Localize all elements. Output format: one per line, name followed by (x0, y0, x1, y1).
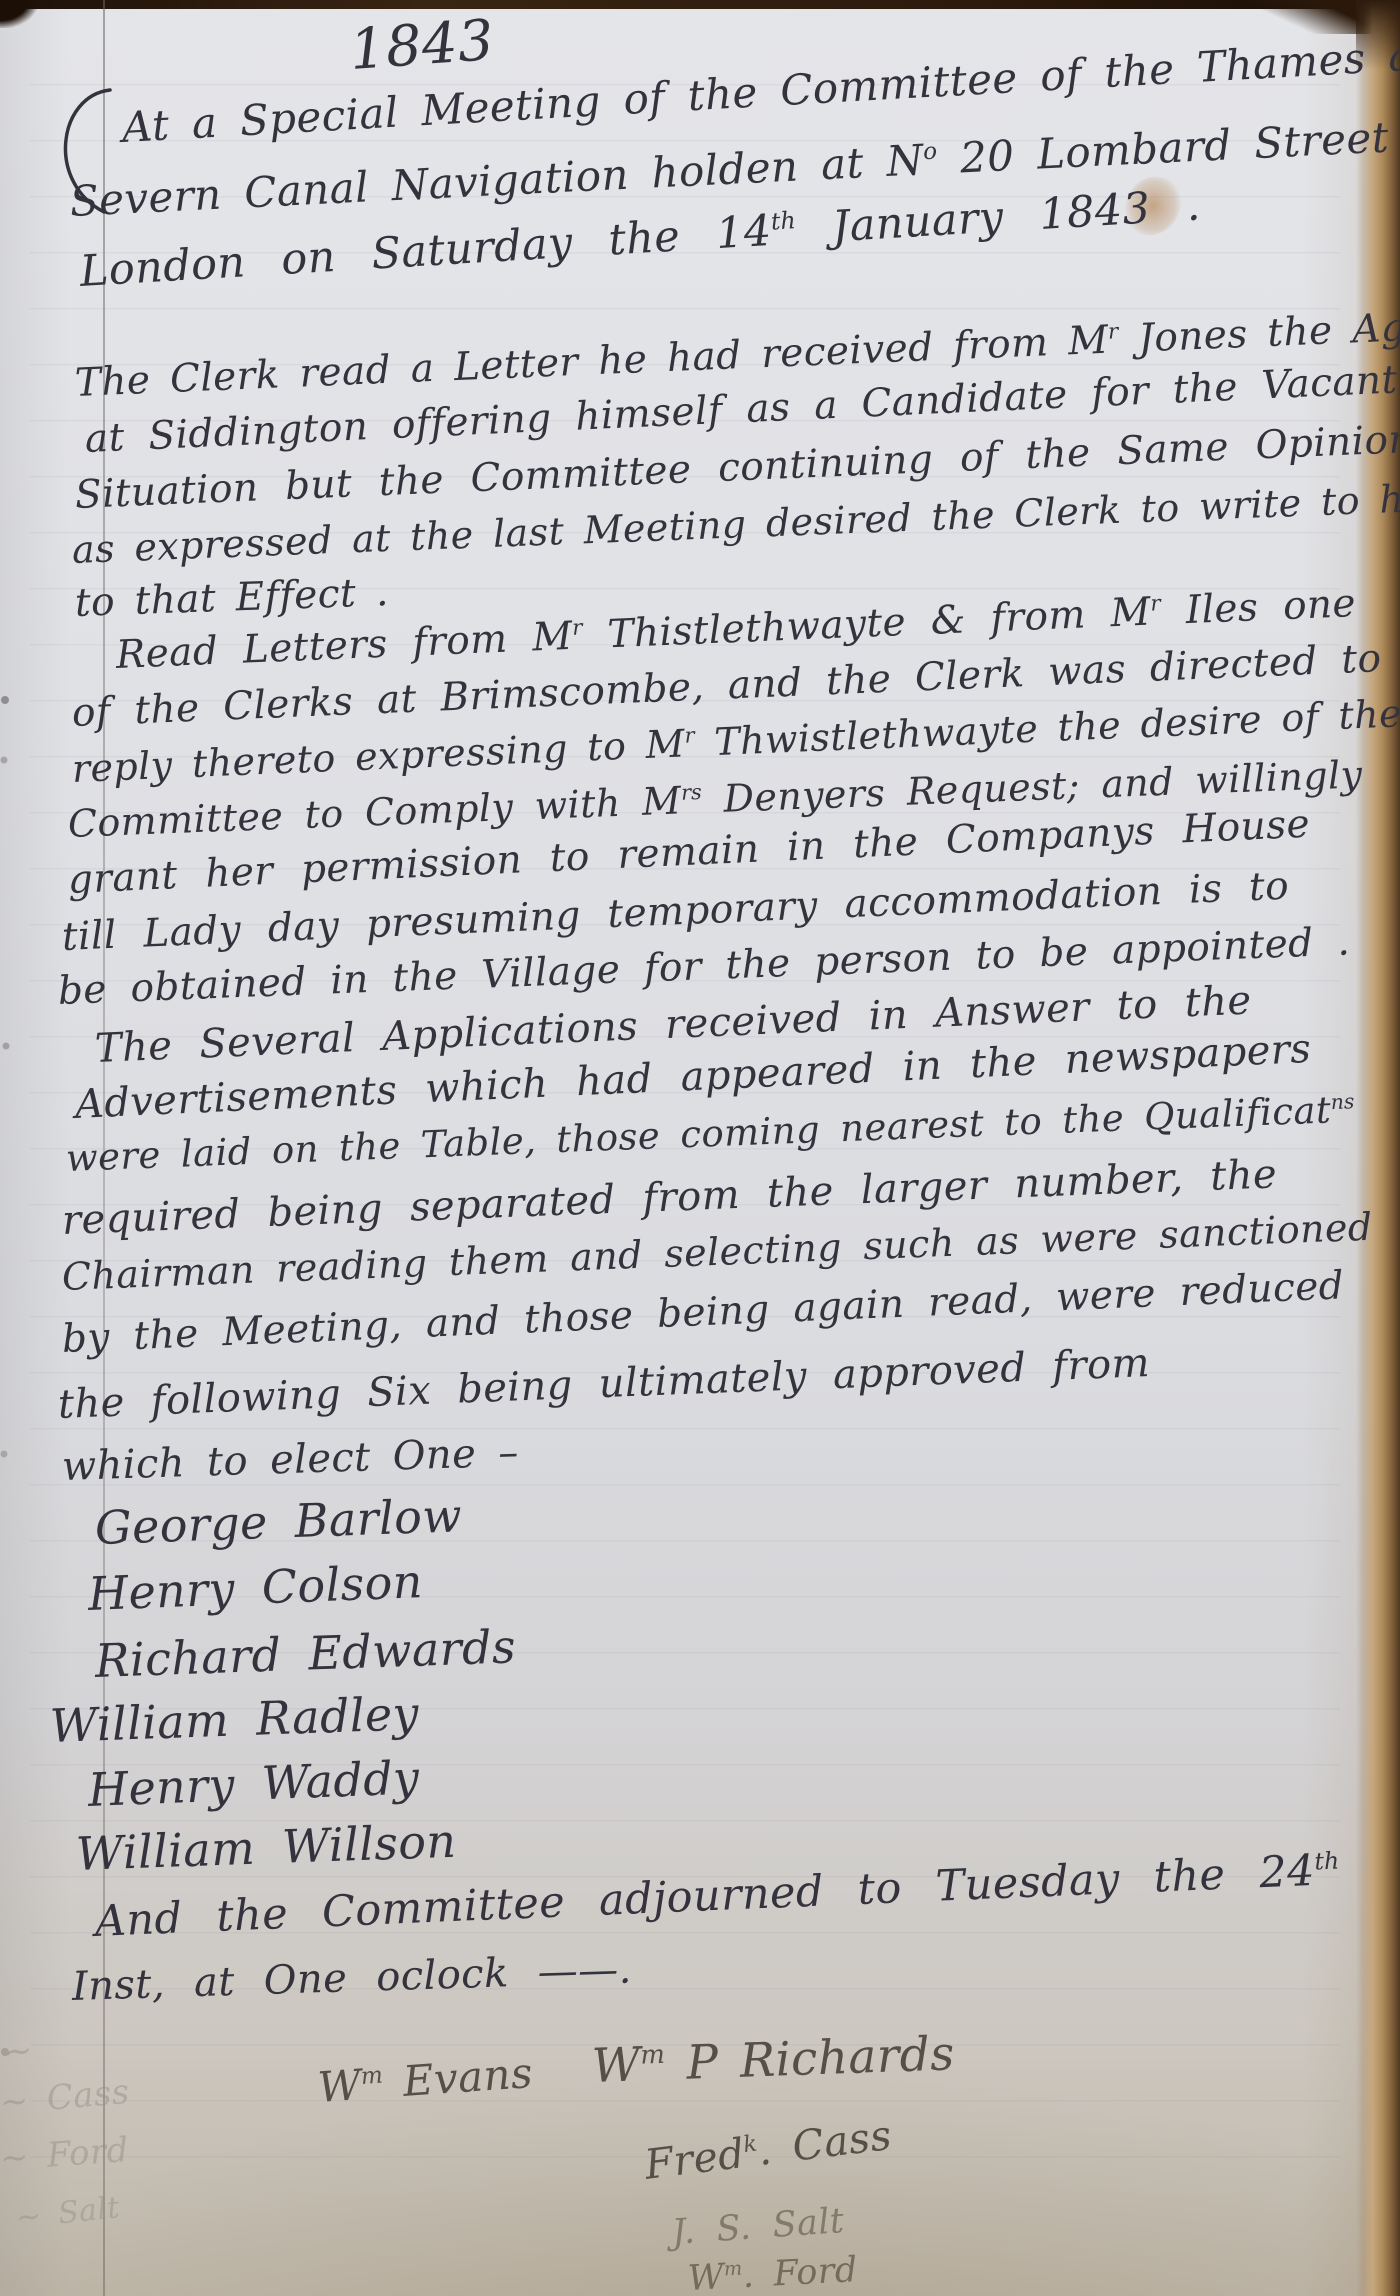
signature: Fredk. Cass (642, 2110, 895, 2191)
binding-corner-top-left (0, 0, 38, 28)
manuscript-page: 1843 At a Special Meeting of the Committ… (0, 0, 1400, 2296)
candidate-name: Henry Colson (87, 1553, 424, 1623)
candidate-name: William Willson (75, 1813, 457, 1884)
signature: Wm Evans (316, 2047, 534, 2114)
book-binding-top-edge (0, 0, 1400, 9)
faint-offset-mark: ~ (2, 2029, 35, 2074)
year-heading: 1843 (348, 6, 497, 86)
manuscript-line: which to elect One – (61, 1428, 519, 1492)
signature: Wm. Ford (687, 2249, 859, 2296)
signature: Wm P Richards (591, 2025, 956, 2096)
candidate-name: William Radley (49, 1685, 420, 1755)
signature: J. S. Salt (670, 2200, 845, 2256)
faint-offset-mark: ~ Salt (14, 2189, 122, 2237)
manuscript-line: to that Effect . (74, 569, 389, 629)
paper-specks (0, 0, 4, 4)
candidate-name: George Barlow (94, 1487, 463, 1557)
manuscript-line: Inst, at One oclock ——. (71, 1944, 632, 2012)
faint-offset-mark: ~ Ford (0, 2129, 130, 2180)
candidate-name: Henry Waddy (87, 1749, 421, 1819)
faint-offset-mark: ~ Cass (0, 2071, 131, 2125)
candidate-name: Richard Edwards (94, 1618, 517, 1690)
